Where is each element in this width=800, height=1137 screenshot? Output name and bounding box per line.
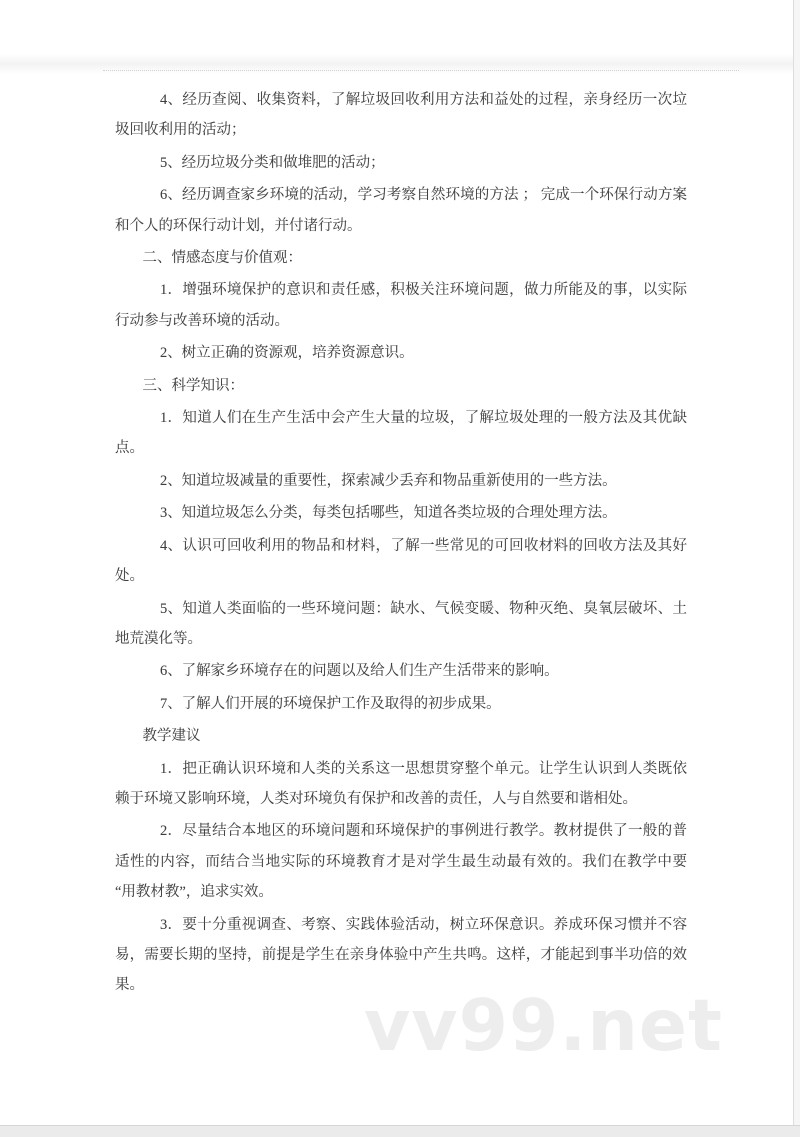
paragraph-attitudes-1: 1．增强环境保护的意识和责任感，积极关注环境问题，做力所能及的事，以实际行动参与… — [115, 275, 687, 336]
paragraph-knowledge-5: 5、知道人类面临的一些环境问题：缺水、气候变暖、物种灭绝、臭氧层破坏、土地荒漠化… — [115, 594, 687, 655]
paragraph-suggestion-2: 2．尽量结合本地区的环境问题和环境保护的事例进行教学。教材提供了一般的普适性的内… — [115, 816, 687, 907]
paragraph-knowledge-6: 6、了解家乡环境存在的问题以及给人们生产生活带来的影响。 — [115, 656, 687, 686]
section-heading-suggestions: 教学建议 — [115, 721, 687, 751]
paragraph-knowledge-7: 7、了解人们开展的环境保护工作及取得的初步成果。 — [115, 689, 687, 719]
paragraph-knowledge-2: 2、知道垃圾减量的重要性，探索减少丢弃和物品重新使用的一些方法。 — [115, 466, 687, 496]
page-right-edge — [793, 0, 800, 1126]
paragraph-suggestion-3: 3．要十分重视调查、考察、实践体验活动，树立环保意识。养成环保习惯并不容易，需要… — [115, 910, 687, 1001]
document-viewer: vv99.net 4、经历查阅、收集资料，了解垃圾回收利用方法和益处的过程，亲身… — [0, 0, 800, 1137]
section-heading-knowledge: 三、科学知识： — [115, 371, 687, 401]
document-page: vv99.net 4、经历查阅、收集资料，了解垃圾回收利用方法和益处的过程，亲身… — [0, 0, 793, 1126]
paragraph-attitudes-2: 2、树立正确的资源观，培养资源意识。 — [115, 338, 687, 368]
paragraph-objective-4: 4、经历查阅、收集资料，了解垃圾回收利用方法和益处的过程，亲身经历一次垃圾回收利… — [115, 85, 687, 146]
paragraph-knowledge-3: 3、知道垃圾怎么分类，每类包括哪些，知道各类垃圾的合理处理方法。 — [115, 498, 687, 528]
paragraph-objective-5: 5、经历垃圾分类和做堆肥的活动； — [115, 148, 687, 178]
paragraph-objective-6: 6、经历调查家乡环境的活动，学习考察自然环境的方法 ； 完成一个环保行动方案和个… — [115, 180, 687, 241]
paragraph-suggestion-1: 1．把正确认识环境和人类的关系这一思想贯穿整个单元。让学生认识到人类既依赖于环境… — [115, 754, 687, 815]
paragraph-knowledge-1: 1．知道人们在生产生活中会产生大量的垃圾，了解垃圾处理的一般方法及其优缺点。 — [115, 403, 687, 464]
document-text-block: 4、经历查阅、收集资料，了解垃圾回收利用方法和益处的过程，亲身经历一次垃圾回收利… — [115, 0, 687, 1003]
section-heading-attitudes: 二、情感态度与价值观： — [115, 243, 687, 273]
page-bottom-edge — [0, 1125, 800, 1137]
paragraph-knowledge-4: 4、认识可回收利用的物品和材料，了解一些常见的可回收材料的回收方法及其好处。 — [115, 531, 687, 592]
